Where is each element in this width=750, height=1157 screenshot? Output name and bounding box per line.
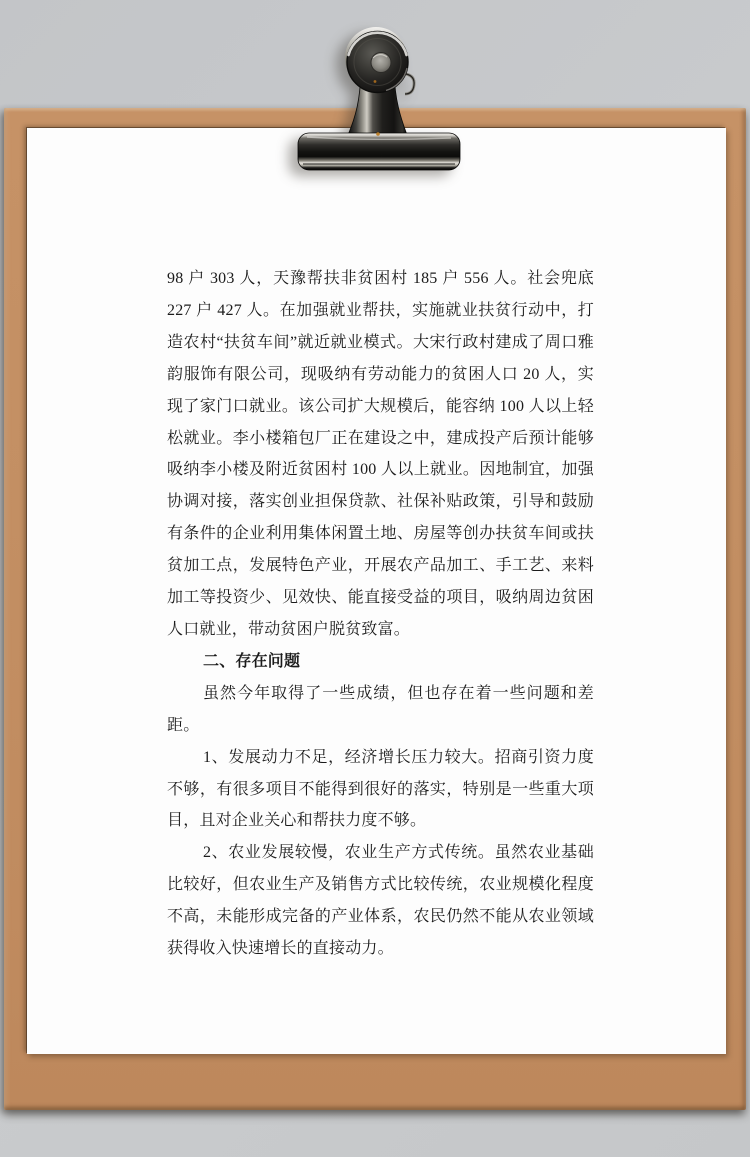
- doc-line: 不高，未能形成完备的产业体系，农民仍然不能从农业领域: [167, 901, 594, 933]
- doc-line: 加工等投资少、见效快、能直接受益的项目，吸纳周边贫困: [167, 582, 594, 614]
- doc-line: 协调对接，落实创业担保贷款、社保补贴政策，引导和鼓励: [167, 486, 594, 518]
- doc-line: 现了家门口就业。该公司扩大规模后，能容纳 100 人以上轻: [167, 391, 594, 423]
- clip-bar: [298, 132, 460, 170]
- doc-line: 有条件的企业利用集体闲置土地、房屋等创办扶贫车间或扶: [167, 518, 594, 550]
- doc-heading: 二、存在问题: [167, 646, 594, 678]
- doc-line: 获得收入快速增长的直接动力。: [167, 933, 594, 965]
- binder-clip-icon: [283, 14, 475, 176]
- doc-line: 吸纳李小楼及附近贫困村 100 人以上就业。因地制宜，加强: [167, 454, 594, 486]
- doc-line: 松就业。李小楼箱包厂正在建设之中，建成投产后预计能够: [167, 423, 594, 455]
- clip-lever-icon: [405, 74, 414, 94]
- doc-line: 比较好，但农业生产及销售方式比较传统，农业规模化程度: [167, 869, 594, 901]
- doc-line: 韵服饰有限公司，现吸纳有劳动能力的贫困人口 20 人，实: [167, 359, 594, 391]
- doc-line: 不够，有很多项目不能得到很好的落实，特别是一些重大项: [167, 774, 594, 806]
- document-page: 98 户 303 人，天豫帮扶非贫困村 185 户 556 人。社会兜底 227…: [27, 128, 726, 1054]
- doc-line: 贫加工点，发展特色产业，开展农产品加工、手工艺、来料: [167, 550, 594, 582]
- doc-line: 2、农业发展较慢，农业生产方式传统。虽然农业基础: [167, 837, 594, 869]
- clip-spring-assembly: [345, 27, 414, 135]
- doc-line: 距。: [167, 710, 594, 742]
- doc-line: 造农村“扶贫车间”就近就业模式。大宋行政村建成了周口雅: [167, 327, 594, 359]
- doc-line: 目，且对企业关心和帮扶力度不够。: [167, 805, 594, 837]
- doc-line: 98 户 303 人，天豫帮扶非贫困村 185 户 556 人。社会兜底: [167, 263, 594, 295]
- doc-line: 人口就业，带动贫困户脱贫致富。: [167, 614, 594, 646]
- doc-line: 虽然今年取得了一些成绩，但也存在着一些问题和差: [167, 678, 594, 710]
- clip-hole: [371, 53, 391, 73]
- document-text: 98 户 303 人，天豫帮扶非贫困村 185 户 556 人。社会兜底 227…: [167, 263, 594, 965]
- doc-line: 227 户 427 人。在加强就业帮扶，实施就业扶贫行动中，打: [167, 295, 594, 327]
- doc-line: 1、发展动力不足，经济增长压力较大。招商引资力度: [167, 742, 594, 774]
